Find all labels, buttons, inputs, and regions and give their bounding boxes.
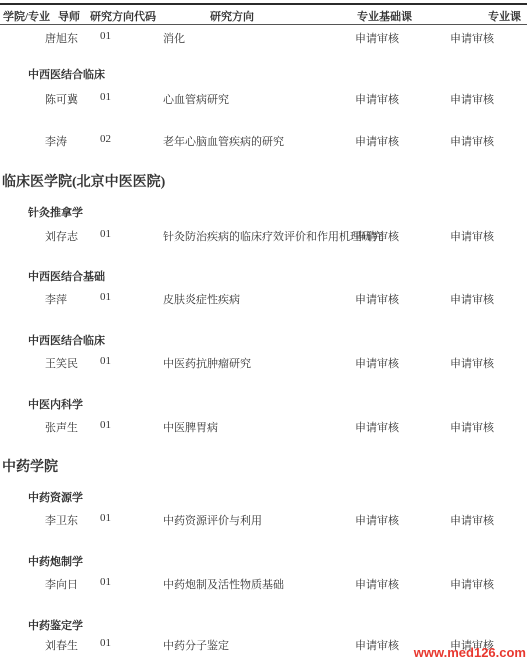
- table-row: 王笑民 01 中医药抗肿瘤研究 申请审核 申请审核: [0, 355, 527, 368]
- direction-code: 01: [100, 419, 111, 431]
- basic-course-status: 申请审核: [355, 576, 399, 592]
- supervisor-name: 唐旭东: [45, 30, 78, 46]
- major-course-status: 申请审核: [450, 576, 494, 592]
- supervisor-name: 刘春生: [45, 637, 78, 653]
- supervisor-name: 张声生: [45, 419, 78, 435]
- college-heading: 中药学院: [2, 456, 527, 476]
- supervisor-name: 李涛: [45, 133, 67, 149]
- college-heading: 临床医学院(北京中医医院): [2, 171, 527, 191]
- major-heading: 中医内科学: [28, 396, 527, 412]
- header-major-course: 专业课: [488, 8, 521, 24]
- supervisor-name: 李向日: [45, 576, 78, 592]
- header-basic-course: 专业基础课: [357, 8, 412, 24]
- major-course-status: 申请审核: [450, 419, 494, 435]
- major-course-status: 申请审核: [450, 355, 494, 371]
- basic-course-status: 申请审核: [355, 228, 399, 244]
- direction-code: 01: [100, 576, 111, 588]
- supervisor-name: 李卫东: [45, 512, 78, 528]
- header-supervisor: 导师: [58, 8, 80, 24]
- research-direction: 老年心脑血管疾病的研究: [163, 133, 284, 149]
- supervisor-name: 王笑民: [45, 355, 78, 371]
- research-direction: 心血管病研究: [163, 91, 229, 107]
- research-direction: 中药分子鉴定: [163, 637, 229, 653]
- research-direction: 消化: [163, 30, 185, 46]
- direction-code: 01: [100, 355, 111, 367]
- major-heading: 中西医结合临床: [28, 332, 527, 348]
- direction-code: 02: [100, 133, 111, 145]
- major-heading: 中药资源学: [28, 489, 527, 505]
- table-header-row: 学院/专业 导师 研究方向代码 研究方向 专业基础课 专业课: [0, 3, 527, 25]
- table-row: 陈可冀 01 心血管病研究 申请审核 申请审核: [0, 91, 527, 104]
- major-heading: 中药炮制学: [28, 553, 527, 569]
- supervisor-name: 李萍: [45, 291, 67, 307]
- direction-code: 01: [100, 637, 111, 649]
- direction-code: 01: [100, 291, 111, 303]
- research-direction: 中药资源评价与利用: [163, 512, 262, 528]
- basic-course-status: 申请审核: [355, 419, 399, 435]
- major-course-status: 申请审核: [450, 512, 494, 528]
- major-course-status: 申请审核: [450, 228, 494, 244]
- table-row: 刘存志 01 针灸防治疾病的临床疗效评价和作用机理研究 申请审核 申请审核: [0, 228, 527, 241]
- direction-code: 01: [100, 228, 111, 240]
- header-direction-code: 研究方向代码: [90, 8, 156, 24]
- basic-course-status: 申请审核: [355, 637, 399, 653]
- site-watermark-link[interactable]: www.med126.com: [414, 645, 526, 660]
- research-direction: 中药炮制及活性物质基础: [163, 576, 284, 592]
- major-course-status: 申请审核: [450, 133, 494, 149]
- major-heading: 中药鉴定学: [28, 617, 527, 633]
- table-row: 李萍 01 皮肤炎症性疾病 申请审核 申请审核: [0, 291, 527, 304]
- basic-course-status: 申请审核: [355, 30, 399, 46]
- major-heading: 中西医结合临床: [28, 66, 527, 82]
- research-direction: 皮肤炎症性疾病: [163, 291, 240, 307]
- table-row: 张声生 01 中医脾胃病 申请审核 申请审核: [0, 419, 527, 432]
- supervisor-name: 刘存志: [45, 228, 78, 244]
- major-course-status: 申请审核: [450, 291, 494, 307]
- basic-course-status: 申请审核: [355, 91, 399, 107]
- major-heading: 针灸推拿学: [28, 204, 527, 220]
- research-direction: 针灸防治疾病的临床疗效评价和作用机理研究: [163, 228, 353, 244]
- basic-course-status: 申请审核: [355, 355, 399, 371]
- basic-course-status: 申请审核: [355, 133, 399, 149]
- research-direction: 中医药抗肿瘤研究: [163, 355, 251, 371]
- major-heading: 中西医结合基础: [28, 268, 527, 284]
- direction-code: 01: [100, 30, 111, 42]
- supervisor-name: 陈可冀: [45, 91, 78, 107]
- table-row: 李涛 02 老年心脑血管疾病的研究 申请审核 申请审核: [0, 133, 527, 146]
- basic-course-status: 申请审核: [355, 291, 399, 307]
- supervisor-directory-page: 学院/专业 导师 研究方向代码 研究方向 专业基础课 专业课 唐旭东 01 消化…: [0, 0, 527, 660]
- header-research-direction: 研究方向: [210, 8, 254, 24]
- table-row: 李向日 01 中药炮制及活性物质基础 申请审核 申请审核: [0, 576, 527, 589]
- table-row: 唐旭东 01 消化 申请审核 申请审核: [0, 30, 527, 43]
- major-course-status: 申请审核: [450, 30, 494, 46]
- direction-code: 01: [100, 512, 111, 524]
- header-college-major: 学院/专业: [3, 8, 50, 24]
- research-direction: 中医脾胃病: [163, 419, 218, 435]
- table-row: 李卫东 01 中药资源评价与利用 申请审核 申请审核: [0, 512, 527, 525]
- direction-code: 01: [100, 91, 111, 103]
- major-course-status: 申请审核: [450, 91, 494, 107]
- basic-course-status: 申请审核: [355, 512, 399, 528]
